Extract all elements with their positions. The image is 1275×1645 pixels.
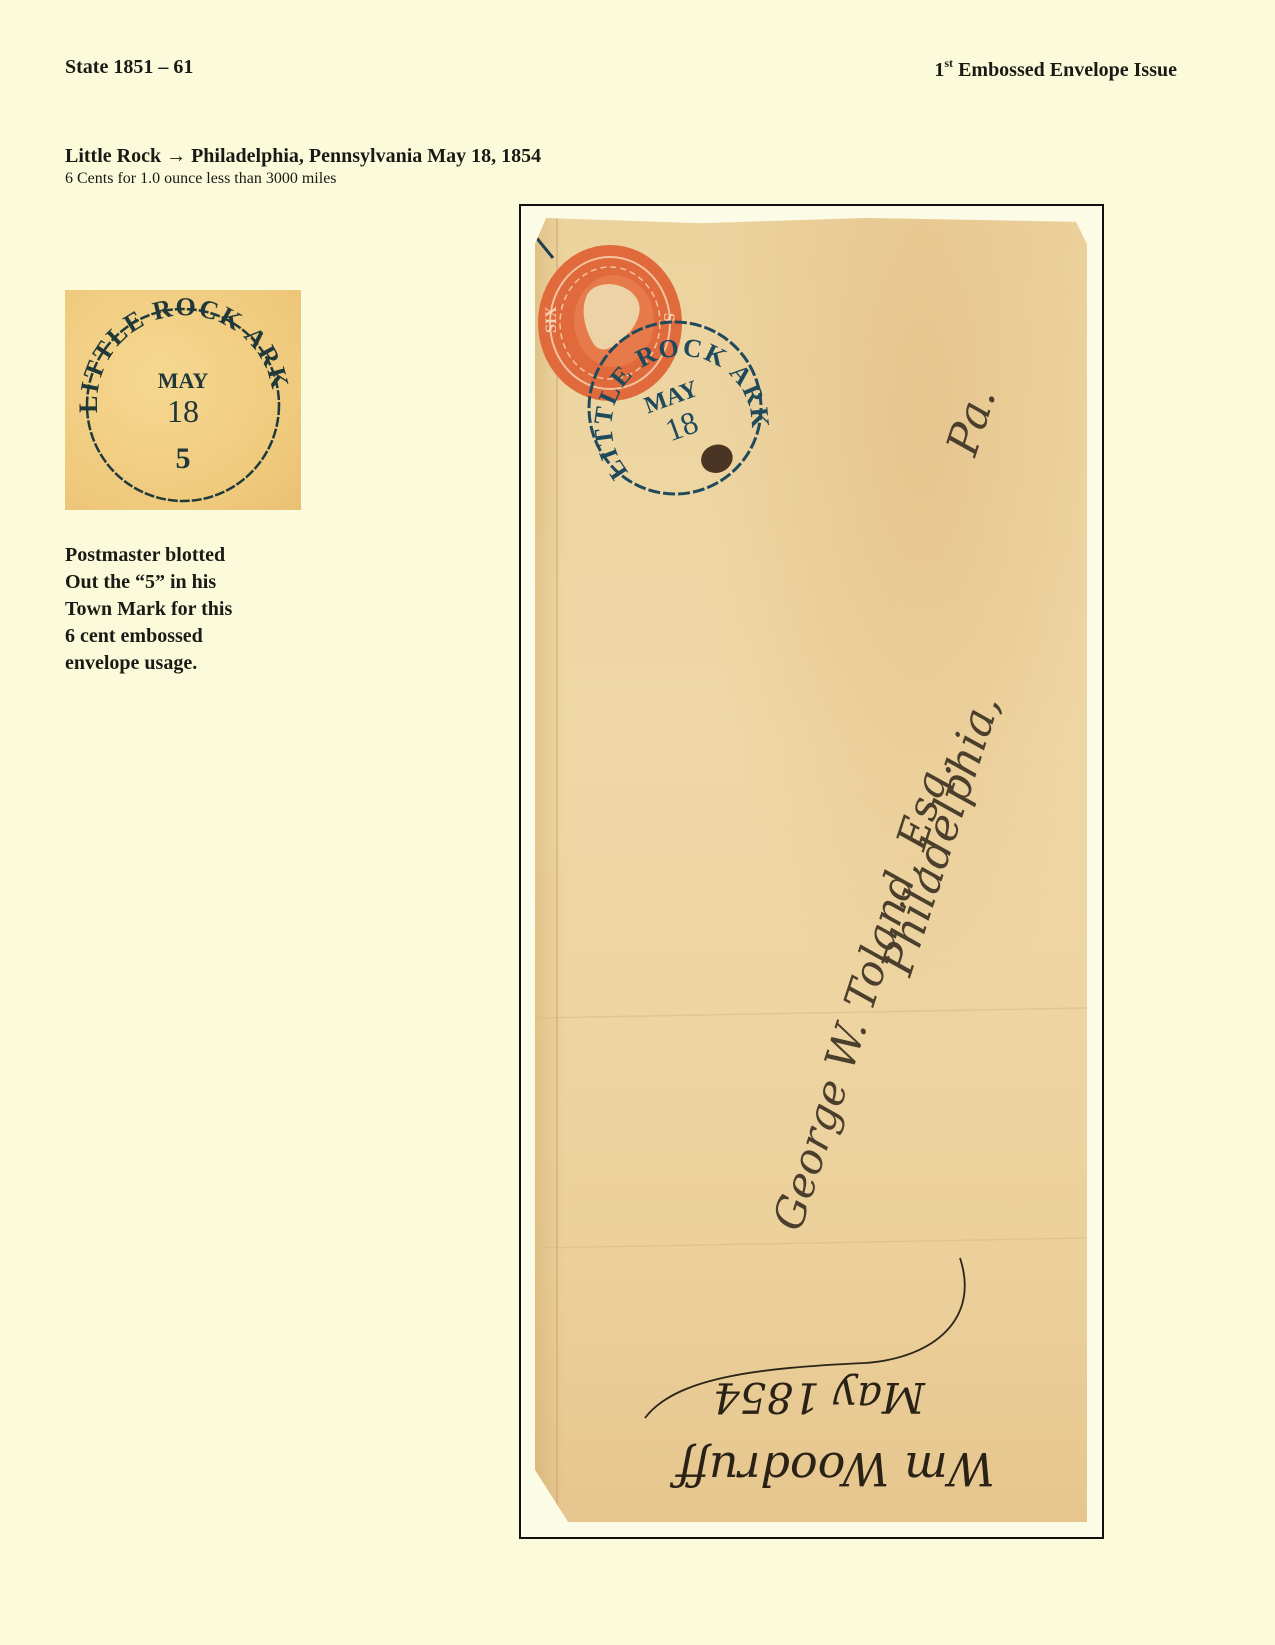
svg-text:MAY: MAY — [158, 368, 209, 393]
svg-text:18: 18 — [167, 393, 199, 429]
caption-line: envelope usage. — [65, 650, 305, 677]
page-header-right: 1st Embossed Envelope Issue — [934, 56, 1177, 82]
cover-rate: 6 Cents for 1.0 ounce less than 3000 mil… — [65, 170, 337, 188]
svg-text:Wm Woodruff: Wm Woodruff — [669, 1442, 995, 1496]
svg-text:Pa.: Pa. — [937, 381, 1007, 462]
cover-route: Little Rock → Philadelphia, Pennsylvania… — [65, 145, 541, 168]
svg-text:S: S — [660, 313, 677, 322]
envelope-markings: SIX S LITTLE ROCK ARK MAY 18 George W. T… — [535, 218, 1087, 1522]
issue-ordinal: 1 — [934, 59, 944, 81]
postmark-detail-cancel: LITTLE ROCK ARK MAY 18 5 — [65, 290, 301, 510]
svg-text:5: 5 — [176, 442, 191, 475]
handwritten-address: George W. Toland, Esq. Philadelphia, Pa. — [763, 381, 1011, 1236]
page-header-left: State 1851 – 61 — [65, 56, 193, 79]
postmark-detail-image: LITTLE ROCK ARK MAY 18 5 — [65, 290, 301, 510]
issue-ordinal-suffix: st — [944, 56, 953, 70]
envelope-cover: SIX S LITTLE ROCK ARK MAY 18 George W. T… — [535, 218, 1087, 1522]
caption-line: Out the “5” in his — [65, 569, 305, 596]
postmark-caption: Postmaster blotted Out the “5” in his To… — [65, 542, 305, 677]
caption-line: Town Mark for this — [65, 596, 305, 623]
caption-line: 6 cent embossed — [65, 623, 305, 650]
svg-text:May 1854: May 1854 — [713, 1373, 926, 1422]
svg-text:SIX: SIX — [543, 306, 560, 333]
caption-line: Postmaster blotted — [65, 542, 305, 569]
issue-title: Embossed Envelope Issue — [953, 59, 1177, 81]
docket-notation: Wm Woodruff May 1854 — [669, 1373, 995, 1496]
